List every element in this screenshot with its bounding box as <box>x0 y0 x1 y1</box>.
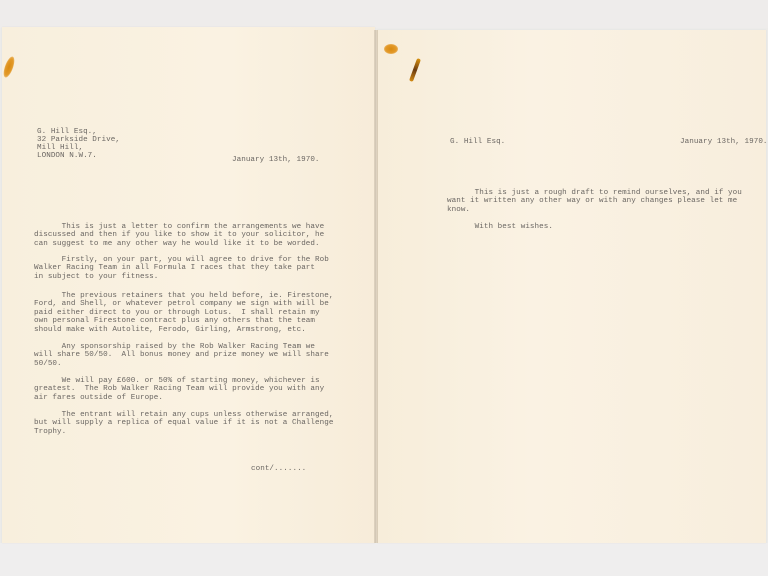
letter-page-1 <box>2 27 375 543</box>
paragraph: Any sponsorship raised by the Rob Walker… <box>34 343 329 368</box>
continuation-mark: cont/....... <box>251 465 306 473</box>
letter-date: January 13th, 1970. <box>680 138 768 146</box>
paragraph: Firstly, on your part, you will agree to… <box>34 256 329 281</box>
letter-date: January 13th, 1970. <box>232 156 320 164</box>
letter-page-2 <box>377 30 766 543</box>
background-bottom <box>0 543 768 576</box>
rust-stain-right <box>384 44 398 54</box>
paragraph: This is just a rough draft to remind our… <box>447 189 742 214</box>
paragraph: We will pay £600. or 50% of starting mon… <box>34 377 324 402</box>
paragraph: This is just a letter to confirm the arr… <box>34 223 324 248</box>
closing: With best wishes. <box>447 223 553 231</box>
addressee: G. Hill Esq. <box>450 138 505 146</box>
addressee-line: LONDON N.W.7. <box>37 152 97 160</box>
paragraph: The previous retainers that you held bef… <box>34 292 333 334</box>
paragraph: The entrant will retain any cups unless … <box>34 411 333 436</box>
background-top <box>0 0 768 28</box>
